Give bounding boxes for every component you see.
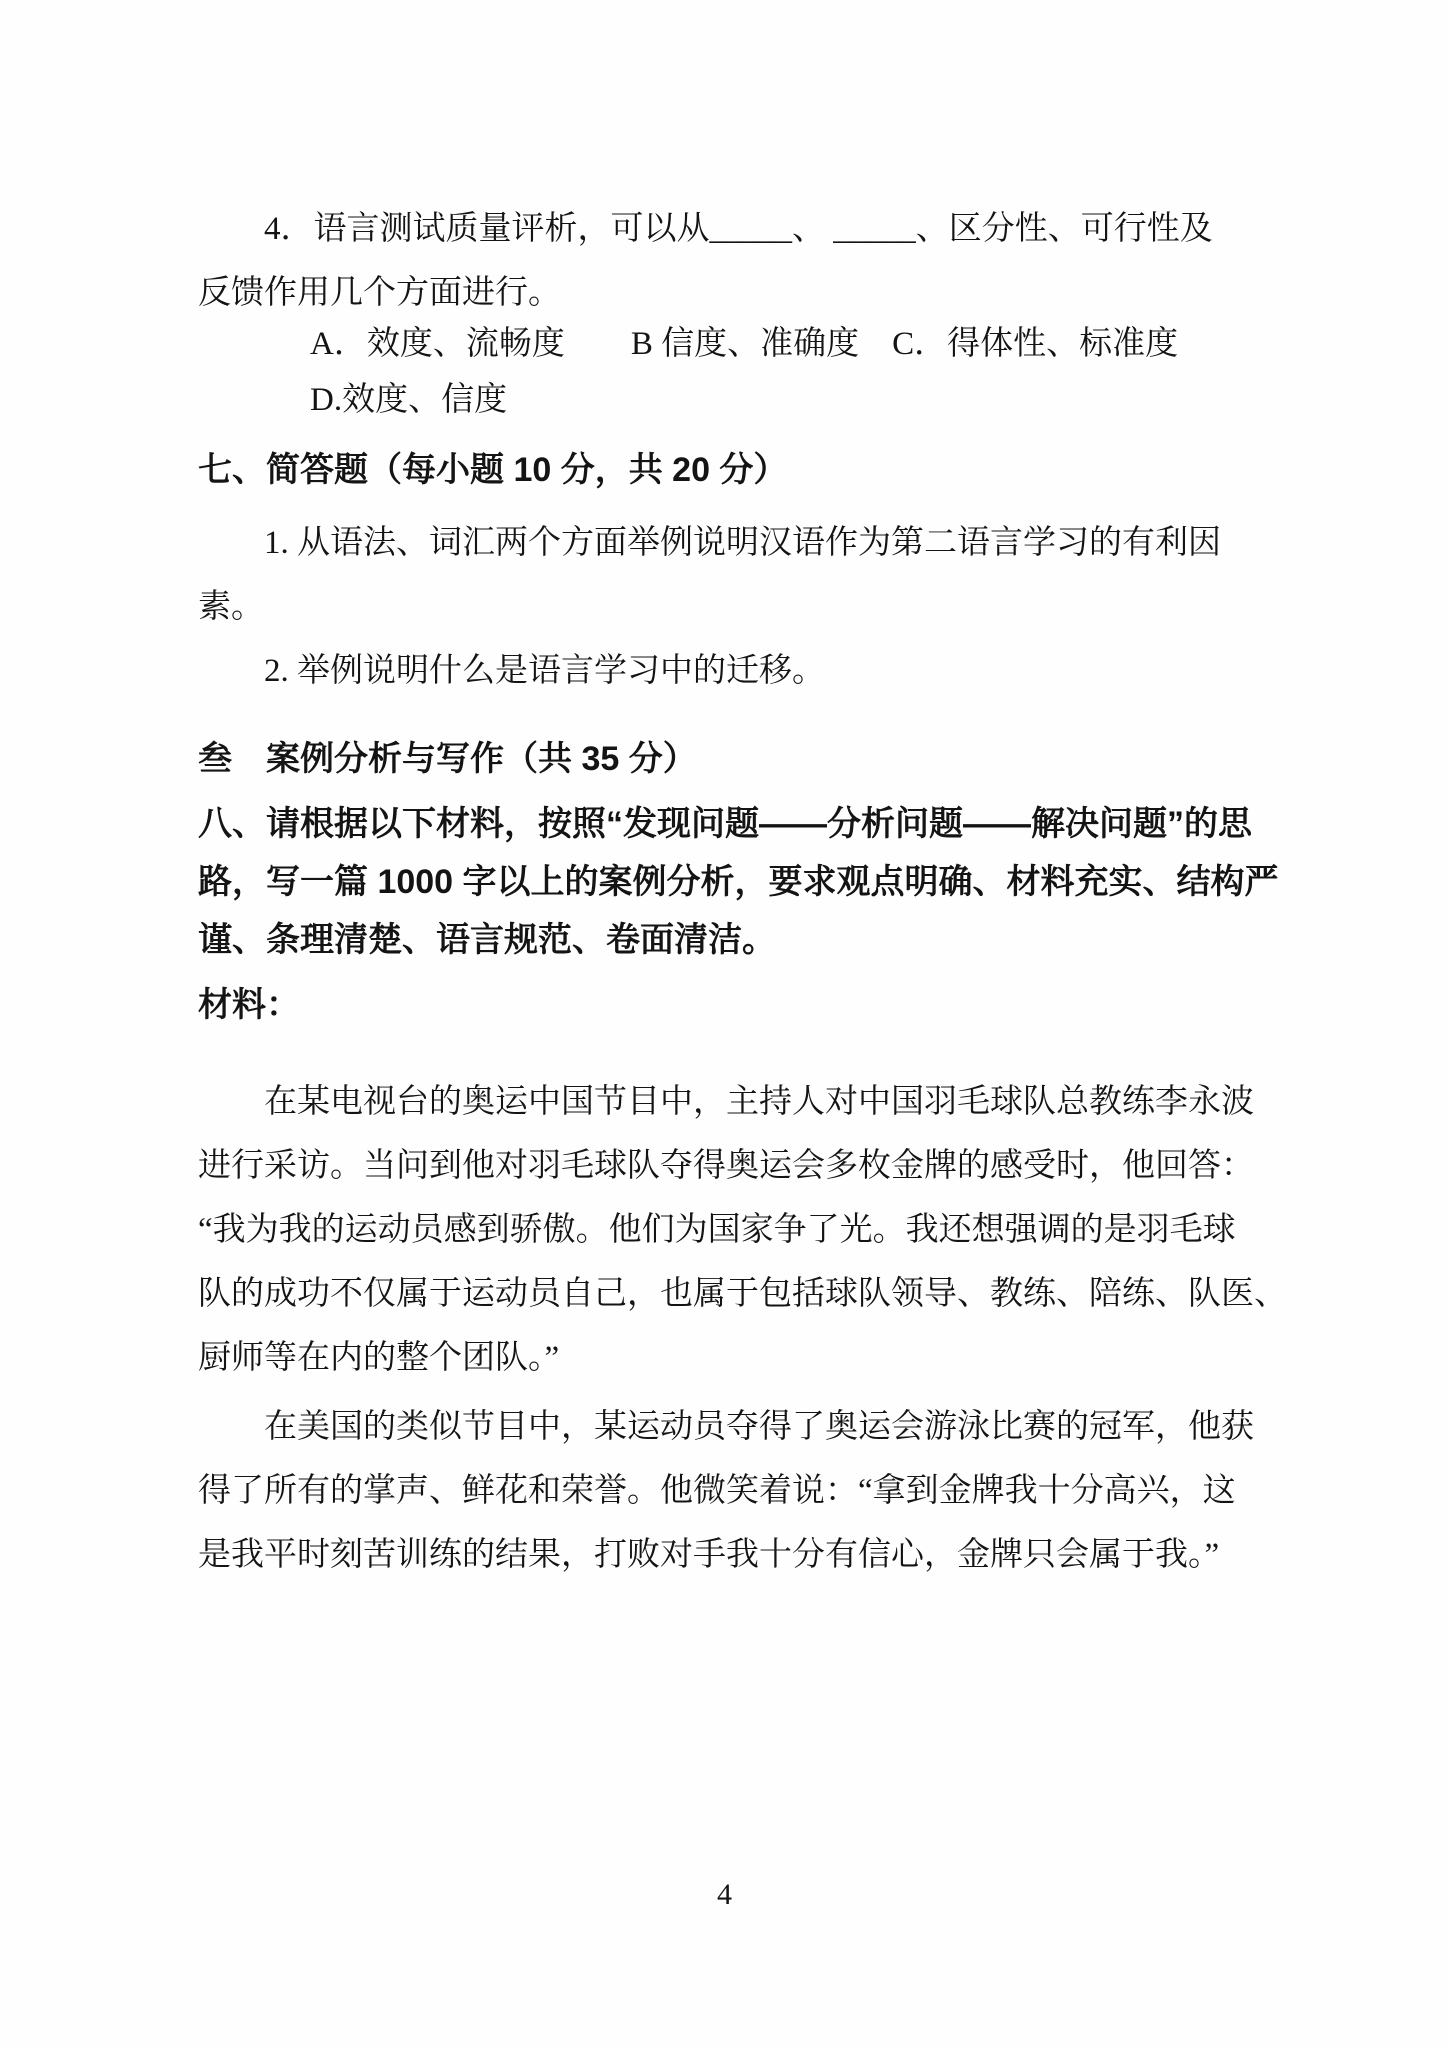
section-seven-q1-line1: 1. 从语法、词汇两个方面举例说明汉语作为第二语言学习的有利因 (198, 511, 1318, 575)
material-p1-line2: 进行采访。当问到他对羽毛球队夺得奥运会多枚金牌的感受时，他回答： (198, 1134, 1318, 1198)
section-seven-q1-line2: 素。 (198, 575, 1318, 639)
question8-line1: 八、请根据以下材料，按照“发现问题——分析问题——解决问题”的思 (198, 795, 1318, 853)
material-p1-line3: “我为我的运动员感到骄傲。他们为国家争了光。我还想强调的是羽毛球 (198, 1198, 1318, 1262)
material-p2-line1: 在美国的类似节目中，某运动员夺得了奥运会游泳比赛的冠军，他获 (198, 1395, 1318, 1459)
question8-line2: 路，写一篇 1000 字以上的案例分析，要求观点明确、材料充实、结构严 (198, 853, 1318, 911)
question4-options-row2: D.效度、信度 (198, 372, 1318, 428)
part-three-heading: 叁 案例分析与写作（共 35 分） (198, 727, 1318, 791)
question4-options-row1: A．效度、流畅度 B 信度、准确度 C．得体性、标准度 (198, 316, 1318, 372)
document-page: 4．语言测试质量评析，可以从_____、 _____、区分性、可行性及 反馈作用… (0, 0, 1449, 2048)
material-label: 材料： (198, 973, 1318, 1037)
section-seven-heading: 七、简答题（每小题 10 分，共 20 分） (198, 438, 1318, 502)
page-number: 4 (0, 1875, 1449, 1915)
section-seven-q2-line1: 2. 举例说明什么是语言学习中的迁移。 (198, 639, 1318, 703)
document-content: 4．语言测试质量评析，可以从_____、 _____、区分性、可行性及 反馈作用… (198, 197, 1318, 1587)
material-p1-line4: 队的成功不仅属于运动员自己，也属于包括球队领导、教练、陪练、队医、 (198, 1262, 1318, 1326)
material-p2-line3: 是我平时刻苦训练的结果，打败对手我十分有信心，金牌只会属于我。” (198, 1523, 1318, 1587)
material-p1-line5: 厨师等在内的整个团队。” (198, 1326, 1318, 1390)
question8-line3: 谨、条理清楚、语言规范、卷面清洁。 (198, 911, 1318, 969)
material-p1-line1: 在某电视台的奥运中国节目中，主持人对中国羽毛球队总教练李永波 (198, 1070, 1318, 1134)
question4-stem-line1: 4．语言测试质量评析，可以从_____、 _____、区分性、可行性及 (198, 197, 1318, 261)
material-p2-line2: 得了所有的掌声、鲜花和荣誉。他微笑着说：“拿到金牌我十分高兴，这 (198, 1459, 1318, 1523)
